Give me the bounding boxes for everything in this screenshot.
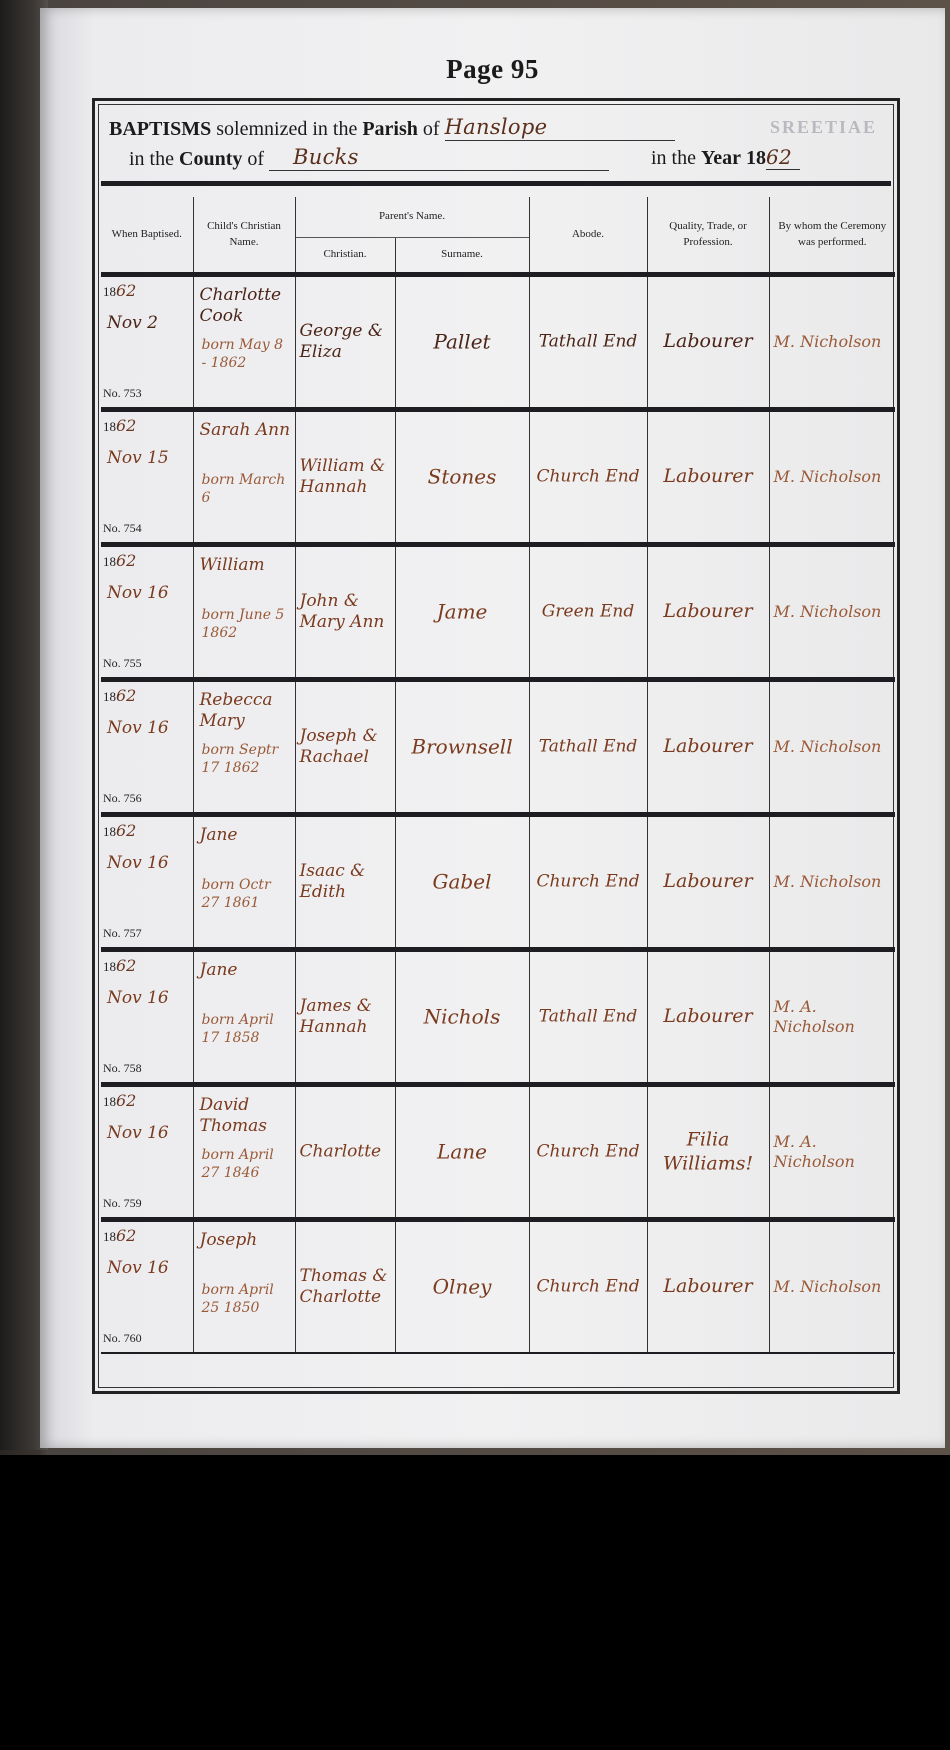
year-printed: 18	[103, 824, 116, 839]
baptism-date: Nov 16	[107, 1123, 169, 1144]
officiant: M. Nicholson	[774, 467, 892, 487]
register-entry: 1862 Nov 16 No. 759 David Thomas born Ap…	[101, 1085, 895, 1220]
entry-number: No. 757	[103, 926, 142, 941]
cell-parents-surname: Lane	[395, 1085, 529, 1220]
profession: Labourer	[652, 735, 765, 759]
child-birth-date: born April 27 1846	[202, 1147, 291, 1182]
heading-text: solemnized in the	[216, 118, 357, 140]
col-abode: Abode.	[529, 197, 647, 275]
cell-abode: Tathall End	[529, 950, 647, 1085]
col-childs-name: Child's Christian Name.	[193, 197, 295, 275]
cell-child-name: Joseph born April 25 1850	[193, 1220, 295, 1354]
heading-parish: Parish	[362, 118, 418, 140]
cell-parents-surname: Stones	[395, 410, 529, 545]
year-printed: 18	[103, 1229, 116, 1244]
year-written: 62	[116, 1226, 136, 1245]
entry-year: 1862	[103, 956, 136, 975]
cell-parents-surname: Pallet	[395, 277, 529, 410]
year-written: 62	[116, 956, 136, 975]
abode: Green End	[534, 601, 643, 622]
heading-year-label: Year	[701, 147, 741, 169]
child-birth-date: born April 25 1850	[202, 1282, 291, 1317]
officiant: M. Nicholson	[774, 872, 892, 892]
parents-christian-names: George & Eliza	[300, 321, 391, 364]
child-name: Rebecca Mary	[200, 690, 291, 733]
cell-parents-christian: James & Hannah	[295, 950, 395, 1085]
cell-parents-christian: Charlotte	[295, 1085, 395, 1220]
entry-number: No. 754	[103, 521, 142, 536]
year-written: 62	[116, 821, 136, 840]
cell-parents-surname: Brownsell	[395, 680, 529, 815]
entry-year: 1862	[103, 821, 136, 840]
cell-profession: Labourer	[647, 410, 769, 545]
cell-profession: Labourer	[647, 1220, 769, 1354]
cell-profession: Labourer	[647, 680, 769, 815]
baptism-date: Nov 2	[107, 313, 158, 334]
heading-county: County	[179, 148, 242, 170]
cell-profession: Labourer	[647, 815, 769, 950]
cell-abode: Tathall End	[529, 277, 647, 410]
parents-surname: Olney	[400, 1275, 525, 1300]
parish-value: Hanslope	[445, 115, 548, 139]
child-birth-date: born March 6	[202, 472, 291, 507]
child-birth-date: born Septr 17 1862	[202, 742, 291, 777]
child-birth-date: born Octr 27 1861	[202, 877, 291, 912]
cell-abode: Green End	[529, 545, 647, 680]
abode: Church End	[534, 871, 643, 892]
child-name: Jane	[200, 825, 291, 846]
cell-child-name: David Thomas born April 27 1846	[193, 1085, 295, 1220]
cell-officiant: M. A. Nicholson	[769, 1085, 895, 1220]
cell-officiant: M. Nicholson	[769, 277, 895, 410]
parents-surname: Brownsell	[400, 735, 525, 760]
entry-number: No. 758	[103, 1061, 142, 1076]
heading-line-2: in the County of Bucks	[129, 145, 609, 171]
baptism-register: SREETIAE BAPTISMS solemnized in the Pari…	[92, 98, 900, 1394]
year-written: 62	[116, 281, 136, 300]
cell-child-name: Jane born Octr 27 1861	[193, 815, 295, 950]
cell-officiant: M. Nicholson	[769, 680, 895, 815]
year-printed: 18	[103, 1094, 116, 1109]
parents-surname: Jame	[400, 600, 525, 625]
parents-surname: Pallet	[400, 330, 525, 355]
heading-text: of	[247, 148, 264, 170]
parents-christian-names: James & Hannah	[300, 996, 391, 1039]
cell-officiant: M. Nicholson	[769, 545, 895, 680]
parents-surname: Gabel	[400, 870, 525, 895]
year-printed: 18	[103, 419, 116, 434]
cell-profession: Labourer	[647, 545, 769, 680]
officiant: M. Nicholson	[774, 332, 892, 352]
baptism-date: Nov 16	[107, 718, 169, 739]
col-parents-christian: Christian.	[295, 238, 395, 275]
register-entry: 1862 Nov 16 No. 760 Joseph born April 25…	[101, 1220, 895, 1354]
child-name: Joseph	[200, 1230, 291, 1251]
parents-surname: Nichols	[400, 1005, 525, 1030]
year-written: 62	[116, 686, 136, 705]
cell-child-name: Jane born April 17 1858	[193, 950, 295, 1085]
officiant: M. A. Nicholson	[774, 997, 892, 1037]
year-written: 62	[116, 551, 136, 570]
col-quality: Quality, Trade, or Profession.	[647, 197, 769, 275]
cell-parents-surname: Jame	[395, 545, 529, 680]
parents-surname: Lane	[400, 1140, 525, 1165]
register-entry: 1862 Nov 16 No. 755 William born June 5 …	[101, 545, 895, 680]
profession: Labourer	[652, 1275, 765, 1299]
cell-parents-surname: Gabel	[395, 815, 529, 950]
year-printed: 18	[103, 959, 116, 974]
cell-when-baptised: 1862 Nov 15 No. 754	[101, 410, 193, 545]
child-name: Sarah Ann	[200, 420, 291, 441]
profession: Labourer	[652, 600, 765, 624]
cell-officiant: M. Nicholson	[769, 815, 895, 950]
abode: Tathall End	[534, 736, 643, 757]
cell-abode: Church End	[529, 410, 647, 545]
register-entry: 1862 Nov 16 No. 758 Jane born April 17 1…	[101, 950, 895, 1085]
cell-child-name: Sarah Ann born March 6	[193, 410, 295, 545]
county-value: Bucks	[293, 145, 359, 169]
register-entry: 1862 Nov 16 No. 756 Rebecca Mary born Se…	[101, 680, 895, 815]
baptism-date: Nov 15	[107, 448, 169, 469]
officiant: M. A. Nicholson	[774, 1132, 892, 1172]
cell-parents-christian: Isaac & Edith	[295, 815, 395, 950]
cell-abode: Tathall End	[529, 680, 647, 815]
page-number: Page 95	[40, 54, 945, 85]
heading-year: in the Year 1862	[651, 145, 800, 170]
abode: Church End	[534, 466, 643, 487]
register-book: Page 95 SREETIAE BAPTISMS solemnized in …	[0, 0, 950, 1455]
officiant: M. Nicholson	[774, 602, 892, 622]
cell-abode: Church End	[529, 1220, 647, 1354]
entry-year: 1862	[103, 416, 136, 435]
register-entry: 1862 Nov 2 No. 753 Charlotte Cook born M…	[101, 277, 895, 410]
child-name: David Thomas	[200, 1095, 291, 1138]
col-by-whom: By whom the Ceremony was performed.	[769, 197, 895, 275]
cell-when-baptised: 1862 Nov 16 No. 760	[101, 1220, 193, 1354]
baptism-table: When Baptised. Child's Christian Name. P…	[101, 197, 895, 1354]
col-parents-name: Parent's Name.	[295, 197, 529, 238]
entry-year: 1862	[103, 686, 136, 705]
abode: Tathall End	[534, 1006, 643, 1027]
cell-child-name: Charlotte Cook born May 8 - 1862	[193, 277, 295, 410]
parents-christian-names: Thomas & Charlotte	[300, 1266, 391, 1309]
profession: Filia Williams!	[652, 1128, 765, 1176]
heading-baptisms: BAPTISMS	[109, 118, 211, 140]
abode: Church End	[534, 1276, 643, 1297]
profession: Labourer	[652, 870, 765, 894]
register-entry: 1862 Nov 15 No. 754 Sarah Ann born March…	[101, 410, 895, 545]
cell-abode: Church End	[529, 815, 647, 950]
profession: Labourer	[652, 330, 765, 354]
heading-text: in the	[651, 147, 696, 169]
cell-profession: Labourer	[647, 277, 769, 410]
register-heading: SREETIAE BAPTISMS solemnized in the Pari…	[95, 101, 897, 191]
parents-christian-names: Charlotte	[300, 1141, 391, 1162]
year-written: 62	[116, 1091, 136, 1110]
cell-parents-surname: Nichols	[395, 950, 529, 1085]
cell-profession: Labourer	[647, 950, 769, 1085]
child-birth-date: born June 5 1862	[202, 607, 291, 642]
year-printed: 18	[103, 284, 116, 299]
year-written: 62	[116, 416, 136, 435]
register-page: Page 95 SREETIAE BAPTISMS solemnized in …	[40, 8, 945, 1448]
entry-year: 1862	[103, 1091, 136, 1110]
baptism-date: Nov 16	[107, 988, 169, 1009]
cell-when-baptised: 1862 Nov 16 No. 756	[101, 680, 193, 815]
register-entry: 1862 Nov 16 No. 757 Jane born Octr 27 18…	[101, 815, 895, 950]
profession: Labourer	[652, 1005, 765, 1029]
heading-text: in the	[129, 148, 174, 170]
heading-line-1: BAPTISMS solemnized in the Parish of Han…	[109, 115, 675, 141]
parents-christian-names: Joseph & Rachael	[300, 726, 391, 769]
cell-when-baptised: 1862 Nov 2 No. 753	[101, 277, 193, 410]
profession: Labourer	[652, 465, 765, 489]
year-written: 62	[766, 145, 800, 170]
cell-when-baptised: 1862 Nov 16 No. 758	[101, 950, 193, 1085]
cell-when-baptised: 1862 Nov 16 No. 759	[101, 1085, 193, 1220]
parish-field: Hanslope	[445, 115, 675, 141]
cell-parents-christian: William & Hannah	[295, 410, 395, 545]
cell-when-baptised: 1862 Nov 16 No. 757	[101, 815, 193, 950]
baptism-date: Nov 16	[107, 853, 169, 874]
entry-number: No. 753	[103, 386, 142, 401]
cell-parents-christian: Joseph & Rachael	[295, 680, 395, 815]
parents-christian-names: William & Hannah	[300, 456, 391, 499]
child-birth-date: born April 17 1858	[202, 1012, 291, 1047]
cell-abode: Church End	[529, 1085, 647, 1220]
cell-parents-christian: John & Mary Ann	[295, 545, 395, 680]
cell-officiant: M. A. Nicholson	[769, 950, 895, 1085]
cell-profession: Filia Williams!	[647, 1085, 769, 1220]
year-printed: 18	[103, 689, 116, 704]
entry-number: No. 760	[103, 1331, 142, 1346]
year-printed: 18	[746, 147, 766, 169]
cell-officiant: M. Nicholson	[769, 1220, 895, 1354]
cell-child-name: Rebecca Mary born Septr 17 1862	[193, 680, 295, 815]
county-field: Bucks	[269, 145, 609, 171]
baptism-date: Nov 16	[107, 1258, 169, 1279]
abode: Tathall End	[534, 331, 643, 352]
abode: Church End	[534, 1141, 643, 1162]
bleed-through-text: SREETIAE	[770, 117, 877, 138]
col-parents-surname: Surname.	[395, 238, 529, 275]
cell-parents-christian: Thomas & Charlotte	[295, 1220, 395, 1354]
entry-year: 1862	[103, 551, 136, 570]
entry-number: No. 759	[103, 1196, 142, 1211]
year-printed: 18	[103, 554, 116, 569]
parents-surname: Stones	[400, 465, 525, 490]
baptism-date: Nov 16	[107, 583, 169, 604]
parents-christian-names: Isaac & Edith	[300, 861, 391, 904]
heading-text: of	[423, 118, 440, 140]
entry-number: No. 755	[103, 656, 142, 671]
cell-officiant: M. Nicholson	[769, 410, 895, 545]
heading-rule	[101, 181, 891, 186]
parents-christian-names: John & Mary Ann	[300, 591, 391, 634]
entry-year: 1862	[103, 1226, 136, 1245]
cell-parents-surname: Olney	[395, 1220, 529, 1354]
cell-parents-christian: George & Eliza	[295, 277, 395, 410]
entry-number: No. 756	[103, 791, 142, 806]
child-name: William	[200, 555, 291, 576]
col-when-baptised: When Baptised.	[101, 197, 193, 275]
entry-year: 1862	[103, 281, 136, 300]
child-name: Jane	[200, 960, 291, 981]
officiant: M. Nicholson	[774, 1277, 892, 1297]
register-entries: 1862 Nov 2 No. 753 Charlotte Cook born M…	[101, 277, 895, 1353]
child-name: Charlotte Cook	[200, 285, 291, 328]
cell-child-name: William born June 5 1862	[193, 545, 295, 680]
officiant: M. Nicholson	[774, 737, 892, 757]
child-birth-date: born May 8 - 1862	[202, 337, 291, 372]
cell-when-baptised: 1862 Nov 16 No. 755	[101, 545, 193, 680]
